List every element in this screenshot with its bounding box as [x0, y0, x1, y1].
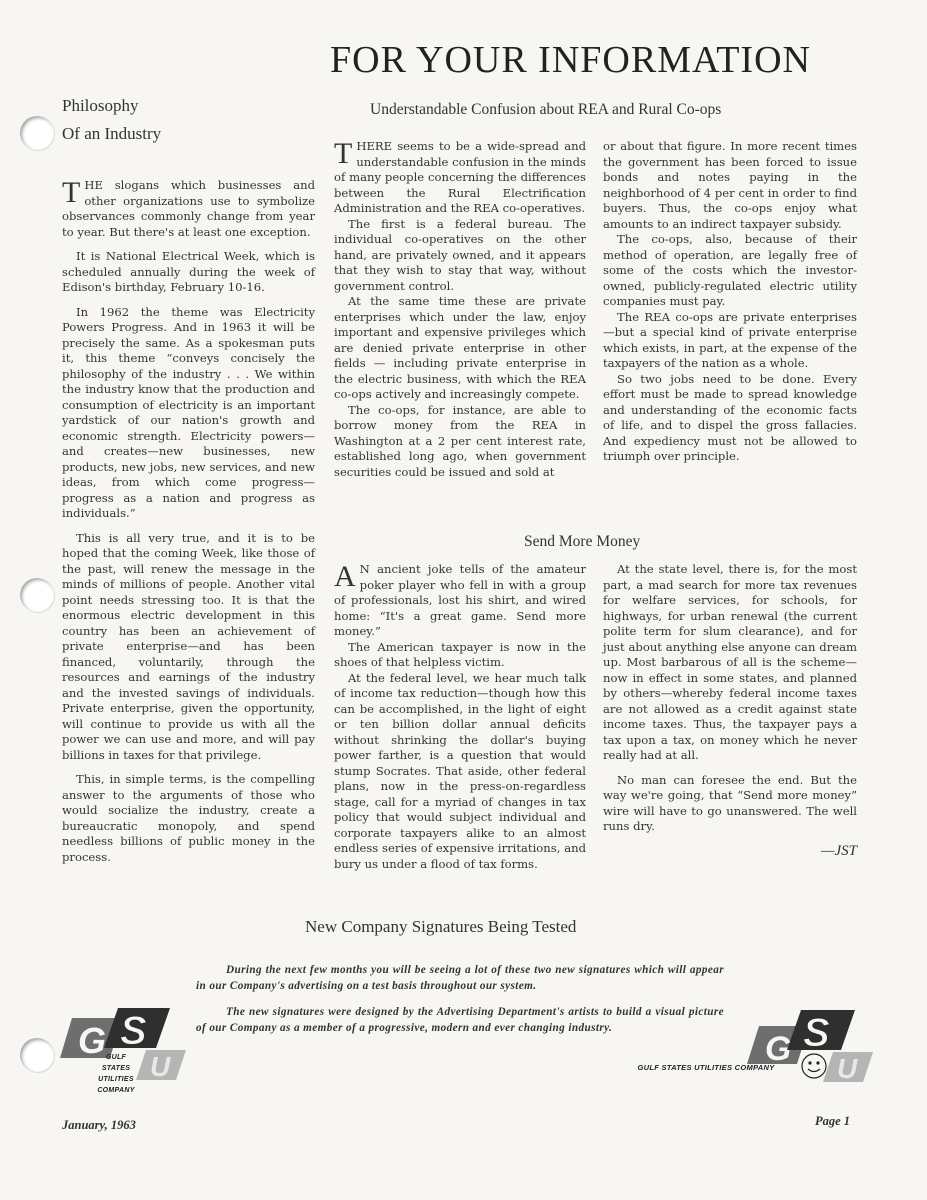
- issue-date: January, 1963: [62, 1118, 136, 1133]
- paragraph: So two jobs need to be done. Every effor…: [603, 372, 857, 465]
- masthead: FOR YOUR INFORMATION: [330, 38, 810, 82]
- paragraph: This, in simple terms, is the compelling…: [62, 772, 315, 865]
- svg-text:S: S: [120, 1009, 147, 1053]
- paragraph: During the next few months you will be s…: [196, 962, 724, 994]
- paragraph: No man can foresee the end. But the way …: [603, 773, 857, 835]
- paragraph: This is all very true, and it is to be h…: [62, 531, 315, 764]
- drop-cap: T: [334, 141, 352, 167]
- money-article-title: Send More Money: [524, 533, 640, 551]
- binder-hole-bottom: [20, 1038, 54, 1072]
- money-article-col2: At the state level, there is, for the mo…: [603, 562, 857, 868]
- paragraph: or about that figure. In more recent tim…: [603, 139, 857, 232]
- paragraph: In 1962 the theme was Electricity Powers…: [62, 305, 315, 522]
- rea-article-col2: or about that figure. In more recent tim…: [603, 139, 857, 465]
- svg-text:U: U: [837, 1053, 858, 1084]
- company-name-inline: GULF STATES UTILITIES COMPANY: [636, 1062, 776, 1073]
- drop-cap: T: [62, 180, 80, 206]
- reddy-kilowatt-icon: [802, 1054, 826, 1078]
- paragraph: AN ancient joke tells of the amateur pok…: [334, 562, 586, 640]
- binder-hole-top: [20, 116, 54, 150]
- svg-text:S: S: [803, 1011, 830, 1055]
- rea-article-title: Understandable Confusion about REA and R…: [370, 101, 721, 119]
- paragraph: It is National Electrical Week, which is…: [62, 249, 315, 296]
- paragraph: The new signatures were designed by the …: [196, 1004, 724, 1036]
- company-name-stacked: GULF STATES UTILITIES COMPANY: [86, 1052, 146, 1096]
- author-signature: —JST: [603, 844, 857, 860]
- signatures-article-title: New Company Signatures Being Tested: [305, 917, 576, 937]
- paragraph: At the federal level, we hear much talk …: [334, 671, 586, 873]
- philosophy-article: THE slogans which businesses and other o…: [62, 178, 315, 874]
- paragraph: The co-ops, also, because of their metho…: [603, 232, 857, 310]
- paragraph: The REA co-ops are private enterprises—b…: [603, 310, 857, 372]
- paragraph: THERE seems to be a wide-spread and unde…: [334, 139, 586, 217]
- philosophy-heading-line1: Philosophy: [62, 96, 139, 116]
- rea-article-col1: THERE seems to be a wide-spread and unde…: [334, 139, 586, 480]
- paragraph: THE slogans which businesses and other o…: [62, 178, 315, 240]
- drop-cap: A: [334, 564, 356, 590]
- paragraph: The co-ops, for instance, are able to bo…: [334, 403, 586, 481]
- binder-hole-middle: [20, 578, 54, 612]
- signatures-article-body: During the next few months you will be s…: [196, 962, 724, 1046]
- paragraph: At the state level, there is, for the mo…: [603, 562, 857, 764]
- page-number: Page 1: [815, 1114, 850, 1129]
- paragraph: At the same time these are private enter…: [334, 294, 586, 403]
- money-article-col1: AN ancient joke tells of the amateur pok…: [334, 562, 586, 872]
- svg-text:U: U: [150, 1051, 171, 1082]
- paragraph: The American taxpayer is now in the shoe…: [334, 640, 586, 671]
- paragraph: The first is a federal bureau. The indiv…: [334, 217, 586, 295]
- philosophy-heading-line2: Of an Industry: [62, 124, 161, 144]
